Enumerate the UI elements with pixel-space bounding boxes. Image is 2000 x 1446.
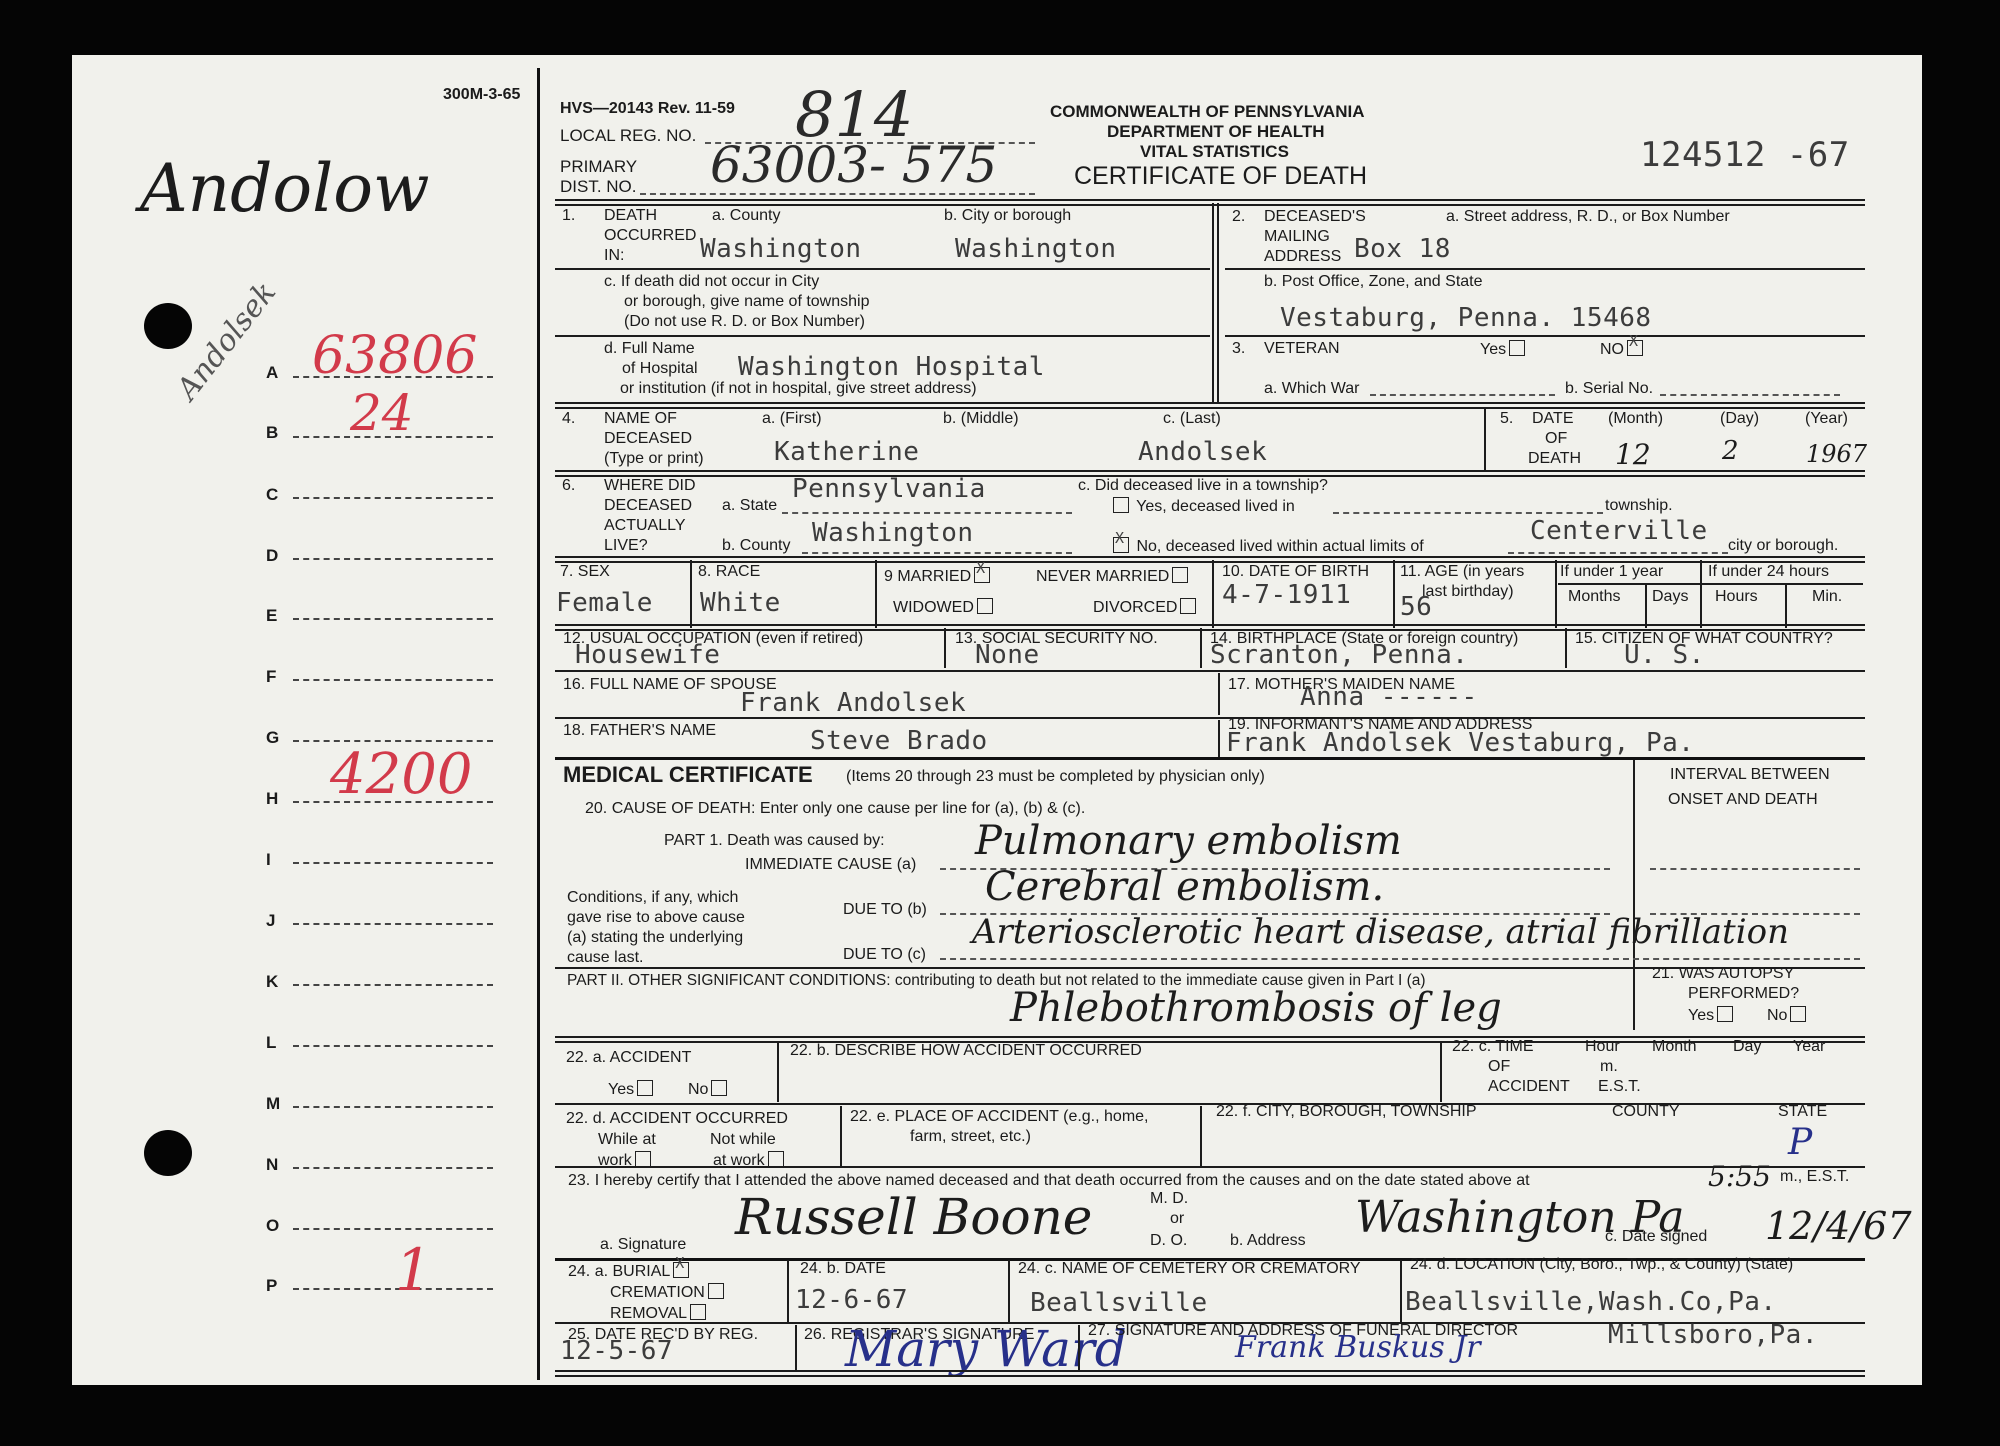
s1-hospital-label: or institution (if not in hospital, give…	[620, 380, 977, 398]
accident-e-label: 22. e. PLACE OF ACCIDENT (e.g., home,	[850, 1108, 1148, 1126]
s1-township-label: c. If death did not occur in City	[604, 273, 819, 291]
accident-c-label: ACCIDENT	[1488, 1078, 1570, 1096]
divider	[1555, 560, 1557, 628]
accident-m-label: m.	[1600, 1058, 1618, 1076]
accident-yes-checkbox[interactable]	[637, 1080, 653, 1096]
code-letter: O	[266, 1216, 279, 1236]
s1-county-label: a. County	[712, 207, 780, 225]
punch-hole-bottom	[144, 1130, 192, 1176]
divider	[875, 560, 877, 628]
accident-month-label: Month	[1652, 1038, 1696, 1056]
veteran-yes-label: Yes	[1480, 341, 1506, 358]
s9-widowed-checkbox[interactable]	[977, 598, 993, 614]
s9-married-label: 9 MARRIED	[884, 568, 971, 585]
s2-po-field[interactable]: Vestaburg, Penna. 15468	[1280, 303, 1652, 333]
certificate-title: CERTIFICATE OF DEATH	[1074, 162, 1367, 191]
s1-city-field[interactable]: Washington	[955, 234, 1117, 264]
divider	[1218, 673, 1220, 715]
veteran-no-label: NO	[1600, 341, 1624, 358]
removal-checkbox[interactable]	[690, 1304, 706, 1320]
divider	[777, 1042, 779, 1102]
burial-location-field[interactable]: Beallsville,Wash.Co,Pa.	[1405, 1287, 1777, 1317]
header-rule	[555, 199, 1865, 206]
rule	[555, 757, 1865, 760]
code-line	[293, 1167, 493, 1169]
accident-est-label: E.S.T.	[1598, 1078, 1641, 1096]
burial-checkbox[interactable]	[673, 1262, 689, 1278]
s9-divorced-label: DIVORCED	[1093, 599, 1177, 616]
s2-num: 2.	[1232, 208, 1245, 226]
bottom-rule	[555, 1370, 1865, 1377]
s2-label: DECEASED'S	[1264, 208, 1366, 226]
s9-widowed-label: WIDOWED	[893, 599, 974, 616]
s1-hospital-label: d. Full Name	[604, 340, 695, 358]
code-value-h: 4200	[330, 742, 473, 807]
accident-not-while-label: Not while	[710, 1131, 776, 1149]
or-label: or	[1170, 1210, 1184, 1228]
s9-never-married-checkbox[interactable]	[1172, 567, 1188, 583]
s4-first-label: a. (First)	[762, 410, 822, 428]
s4-first-field[interactable]: Katherine	[774, 437, 919, 467]
s6-yes-option[interactable]: Yes, deceased lived in	[1110, 497, 1295, 516]
hours-label: Hours	[1715, 588, 1758, 606]
autopsy-label: PERFORMED?	[1688, 985, 1799, 1003]
primary-dist-value: 63003- 575	[710, 136, 997, 194]
burial-date-field[interactable]: 12-6-67	[795, 1285, 908, 1315]
code-value-a: 63806	[312, 326, 477, 386]
code-letter: K	[266, 972, 278, 992]
under-24-label: If under 24 hours	[1708, 563, 1829, 581]
s11-label: 11. AGE (in years	[1400, 563, 1524, 581]
divider	[690, 560, 692, 628]
autopsy-yes-label: Yes	[1688, 1007, 1714, 1024]
s9-widowed[interactable]: WIDOWED	[893, 598, 996, 617]
s5-month-field[interactable]: 12	[1615, 438, 1651, 471]
divider	[787, 1260, 789, 1322]
s1-township-label: (Do not use R. D. or Box Number)	[624, 313, 865, 331]
s12-occupation-field[interactable]: Housewife	[575, 640, 720, 670]
s6-label: DECEASED	[604, 497, 692, 515]
code-line	[293, 1045, 493, 1047]
divider	[944, 628, 946, 668]
date-received-field[interactable]: 12-5-67	[560, 1336, 673, 1366]
s14-birthplace-field[interactable]: Scranton, Penna.	[1210, 640, 1468, 670]
s15-citizen-field[interactable]: U. S.	[1624, 640, 1705, 670]
accident-county-label: COUNTY	[1612, 1103, 1680, 1121]
autopsy-no[interactable]: No	[1767, 1006, 1809, 1025]
s4-last-field[interactable]: Andolsek	[1138, 437, 1267, 467]
accident-b-label: 22. b. DESCRIBE HOW ACCIDENT OCCURRED	[790, 1042, 1142, 1060]
divider	[840, 1106, 842, 1166]
s2-street-field[interactable]: Box 18	[1354, 234, 1451, 264]
cemetery-label: 24. c. NAME OF CEMETERY OR CREMATORY	[1018, 1260, 1361, 1278]
date-signed-field[interactable]: 12/4/67	[1765, 1204, 1912, 1248]
code-line	[293, 923, 493, 925]
s16-spouse-field[interactable]: Frank Andolsek	[740, 688, 966, 718]
divider	[1785, 583, 1787, 628]
due-to-b-label: DUE TO (b)	[843, 901, 927, 919]
s13-ssn-field[interactable]: None	[975, 640, 1040, 670]
removal-label: REMOVAL	[610, 1305, 687, 1322]
divider	[1218, 720, 1220, 760]
burial-option[interactable]: 24. a. BURIAL	[568, 1262, 692, 1281]
part2-field[interactable]: Phlebothrombosis of leg	[1010, 985, 1502, 1031]
s4-label: DECEASED	[604, 430, 692, 448]
accident-yes[interactable]: Yes	[608, 1080, 656, 1099]
code-letter: C	[266, 485, 278, 505]
accident-hour-label: Hour	[1585, 1038, 1620, 1056]
s7-label: 7. SEX	[560, 563, 610, 581]
s6-no-checkbox[interactable]	[1113, 537, 1129, 553]
code-letter: H	[266, 789, 278, 809]
autopsy-no-label: No	[1767, 1007, 1787, 1024]
cemetery-field[interactable]: Beallsville	[1030, 1288, 1208, 1318]
cremation-option[interactable]: CREMATION	[610, 1283, 727, 1302]
s6-no-line	[1508, 552, 1728, 554]
s5-month-label: (Month)	[1608, 410, 1663, 428]
code-letter: N	[266, 1155, 278, 1175]
code-letter: M	[266, 1094, 280, 1114]
due-to-c-field[interactable]: Arteriosclerotic heart disease, atrial f…	[972, 912, 1789, 952]
rule	[555, 556, 1865, 563]
code-line	[293, 1288, 493, 1290]
rule	[555, 1166, 1865, 1168]
s9-never-married[interactable]: NEVER MARRIED	[1036, 567, 1191, 586]
header-department: DEPARTMENT OF HEALTH	[1107, 122, 1325, 142]
rule	[1558, 583, 1863, 585]
cremation-label: CREMATION	[610, 1284, 705, 1301]
s6-num: 6.	[562, 477, 575, 495]
code-letter: B	[266, 423, 278, 443]
address-label: b. Address	[1230, 1232, 1306, 1250]
divider	[795, 1325, 797, 1370]
s11-age-field[interactable]: 56	[1400, 592, 1432, 622]
autopsy-no-checkbox[interactable]	[1790, 1006, 1806, 1022]
s9-never-married-label: NEVER MARRIED	[1036, 568, 1169, 585]
s9-divorced[interactable]: DIVORCED	[1093, 598, 1199, 617]
conditions-label: gave rise to above cause	[567, 909, 745, 927]
divider	[1212, 560, 1214, 628]
s18-label: 18. FATHER'S NAME	[563, 722, 716, 740]
code-letter: A	[266, 363, 278, 383]
rule	[555, 402, 1865, 409]
primary-dist-label: PRIMARY	[560, 157, 637, 177]
s5-year-field[interactable]: 1967	[1806, 440, 1867, 468]
divider	[1393, 560, 1395, 628]
certification-time-field[interactable]: 5:55	[1708, 1160, 1771, 1193]
code-letter: E	[266, 606, 277, 626]
accident-no[interactable]: No	[688, 1080, 730, 1099]
s4-last-label: c. (Last)	[1163, 410, 1221, 428]
veteran-yes-checkbox[interactable]	[1509, 340, 1525, 356]
form-left-border	[537, 68, 540, 1380]
accident-f-label: 22. f. CITY, BOROUGH, TOWNSHIP	[1216, 1103, 1477, 1121]
code-letter: G	[266, 728, 279, 748]
burial-location-label: 24. d. LOCATION (City, Boro., Twp., & Co…	[1410, 1256, 1793, 1274]
s1-label: DEATH	[604, 207, 657, 225]
s5-day-label: (Day)	[1720, 410, 1759, 428]
s4-label: (Type or print)	[604, 450, 704, 468]
accident-year-label: Year	[1793, 1038, 1825, 1056]
code-line	[293, 497, 493, 499]
s6-yes-suffix: township.	[1605, 497, 1673, 515]
s6-no-suffix: city or borough.	[1728, 537, 1838, 555]
rule	[555, 470, 1865, 477]
s2-label: MAILING	[1264, 228, 1330, 246]
funeral-director-address[interactable]: Millsboro,Pa.	[1608, 1320, 1818, 1350]
form-number: HVS—20143 Rev. 11-59	[560, 100, 735, 118]
accident-while-label: While at	[598, 1131, 656, 1149]
under-year-label: If under 1 year	[1560, 563, 1663, 581]
s6-yes-line	[1333, 512, 1603, 514]
s4-middle-label: b. (Middle)	[943, 410, 1019, 428]
veteran-yes[interactable]: Yes	[1480, 340, 1528, 359]
rule	[555, 670, 1865, 672]
s4-num: 4.	[562, 410, 575, 428]
rule	[555, 335, 1210, 337]
s5-year-label: (Year)	[1805, 410, 1848, 428]
code-line	[293, 1228, 493, 1230]
code-letter: D	[266, 546, 278, 566]
local-reg-label: LOCAL REG. NO.	[560, 126, 696, 146]
s6-yes-label: Yes, deceased lived in	[1136, 498, 1295, 515]
s7-sex-field[interactable]: Female	[556, 588, 653, 618]
s1-hospital-label: of Hospital	[622, 360, 698, 378]
not-while-at-work-checkbox[interactable]	[768, 1151, 784, 1167]
rule	[1225, 335, 1865, 337]
s19-informant-field[interactable]: Frank Andolsek Vestaburg, Pa.	[1226, 728, 1694, 758]
s1-county-field[interactable]: Washington	[700, 234, 862, 264]
code-letter: L	[266, 1033, 276, 1053]
date-signed-label: c. Date signed	[1605, 1228, 1707, 1246]
code-line	[293, 558, 493, 560]
rule	[555, 268, 1210, 270]
code-value-p: 1	[395, 1236, 432, 1304]
s6-no-field[interactable]: Centerville	[1530, 516, 1708, 546]
accident-day-label: Day	[1733, 1038, 1761, 1056]
s3-war-label: a. Which War	[1264, 380, 1359, 398]
s2-label: ADDRESS	[1264, 248, 1341, 266]
accident-e-label: farm, street, etc.)	[910, 1128, 1031, 1146]
divider	[1078, 1325, 1080, 1370]
code-line	[293, 618, 493, 620]
divider	[1200, 628, 1202, 668]
divider	[1200, 1106, 1202, 1166]
due-to-b-field[interactable]: Cerebral embolism.	[985, 864, 1384, 910]
interval-label: INTERVAL BETWEEN	[1670, 766, 1830, 784]
s4-s5-divider	[1484, 407, 1486, 470]
divider	[1565, 628, 1567, 668]
s5-label: OF	[1545, 430, 1567, 448]
header-vital: VITAL STATISTICS	[1140, 142, 1289, 162]
accident-c-label: 22. c. TIME	[1452, 1038, 1534, 1056]
s8-label: 8. RACE	[698, 563, 760, 581]
s10-label: 10. DATE OF BIRTH	[1222, 563, 1369, 581]
autopsy-label: 21. WAS AUTOPSY	[1652, 965, 1794, 983]
s9-divorced-checkbox[interactable]	[1180, 598, 1196, 614]
code-value-b: 24	[350, 384, 414, 442]
conditions-label: Conditions, if any, which	[567, 889, 738, 907]
s6-label: ACTUALLY	[604, 517, 686, 535]
divider	[1700, 560, 1702, 628]
months-label: Months	[1568, 588, 1620, 606]
removal-option[interactable]: REMOVAL	[610, 1304, 709, 1323]
divider	[1400, 1260, 1402, 1322]
accident-a-label: 22. a. ACCIDENT	[566, 1049, 691, 1067]
medical-subtitle: (Items 20 through 23 must be completed b…	[846, 768, 1265, 786]
s5-label: DEATH	[1528, 450, 1581, 468]
divider	[1645, 583, 1647, 628]
s2-po-label: b. Post Office, Zone, and State	[1264, 273, 1483, 291]
code-letter: I	[266, 850, 271, 870]
while-at-work-checkbox[interactable]	[635, 1151, 651, 1167]
part1-label: PART 1. Death was caused by:	[664, 832, 885, 850]
s1-label: OCCURRED	[604, 227, 696, 245]
md-label: M. D.	[1150, 1190, 1188, 1208]
autopsy-yes-checkbox[interactable]	[1717, 1006, 1733, 1022]
interval-label: ONSET AND DEATH	[1668, 791, 1818, 809]
immediate-cause-field[interactable]: Pulmonary embolism	[975, 818, 1402, 864]
s17-mother-field[interactable]: Anna ------	[1300, 682, 1478, 712]
s6-no-option[interactable]: No, deceased lived within actual limits …	[1110, 537, 1424, 556]
medical-title: MEDICAL CERTIFICATE	[563, 762, 813, 787]
s6-state-line	[782, 512, 1072, 514]
veteran-no-checkbox[interactable]	[1627, 340, 1643, 356]
accident-state-field[interactable]: P	[1788, 1122, 1812, 1163]
interval-a-line	[1650, 868, 1860, 870]
print-code: 300M-3-65	[443, 86, 520, 104]
autopsy-divider	[1633, 967, 1635, 1030]
s10-birth-date-field[interactable]: 4-7-1911	[1222, 580, 1351, 610]
code-line	[293, 862, 493, 864]
code-line	[293, 679, 493, 681]
s18-father-field[interactable]: Steve Brado	[810, 726, 988, 756]
code-letter: P	[266, 1276, 277, 1296]
s5-label: DATE	[1532, 410, 1573, 428]
code-line	[293, 1106, 493, 1108]
code-line	[293, 984, 493, 986]
s4-label: NAME OF	[604, 410, 677, 428]
rule	[1225, 268, 1865, 270]
accident-yes-label: Yes	[608, 1081, 634, 1098]
s3-serial-line	[1660, 394, 1840, 396]
code-letter: J	[266, 911, 275, 931]
certification-time-suffix: m., E.S.T.	[1780, 1168, 1849, 1186]
s6-county-field[interactable]: Washington	[812, 518, 974, 548]
s6-state-field[interactable]: Pennsylvania	[792, 474, 986, 504]
min-label: Min.	[1812, 588, 1842, 606]
cremation-checkbox[interactable]	[708, 1283, 724, 1299]
divider	[1440, 1042, 1442, 1102]
burial-date-label: 24. b. DATE	[800, 1260, 886, 1278]
do-label: D. O.	[1150, 1232, 1187, 1250]
punch-hole-top	[144, 303, 192, 349]
s1-s2-divider	[1212, 203, 1219, 403]
s6-label: WHERE DID	[604, 477, 696, 495]
physician-signature-field[interactable]: Russell Boone	[735, 1188, 1092, 1246]
funeral-director-signature[interactable]: Frank Buskus Jr	[1235, 1330, 1481, 1365]
accident-no-checkbox[interactable]	[711, 1080, 727, 1096]
s3-num: 3.	[1232, 340, 1245, 358]
s6-township-question: c. Did deceased live in a township?	[1078, 477, 1328, 495]
s1-num: 1.	[562, 207, 575, 225]
s6-state-label: a. State	[722, 497, 777, 515]
s8-race-field[interactable]: White	[700, 588, 781, 618]
accident-c-label: OF	[1488, 1058, 1510, 1076]
s2-street-label: a. Street address, R. D., or Box Number	[1446, 208, 1730, 226]
s1-city-label: b. City or borough	[944, 207, 1071, 225]
burial-label: 24. a. BURIAL	[568, 1263, 670, 1280]
immediate-cause-label: IMMEDIATE CAUSE (a)	[745, 856, 916, 874]
s5-num: 5.	[1500, 410, 1513, 428]
s1-label: IN:	[604, 247, 624, 265]
s3-serial-label: b. Serial No.	[1565, 380, 1653, 398]
primary-dist-label-2: DIST. NO.	[560, 177, 637, 197]
autopsy-yes[interactable]: Yes	[1688, 1006, 1736, 1025]
s3-label: VETERAN	[1264, 340, 1340, 358]
s6-yes-checkbox[interactable]	[1113, 497, 1129, 513]
accident-no-label: No	[688, 1081, 708, 1098]
s9-married[interactable]: 9 MARRIED	[884, 567, 993, 586]
s6-county-label: b. County	[722, 537, 790, 555]
conditions-label: cause last.	[567, 949, 643, 967]
accident-state-label: STATE	[1778, 1103, 1827, 1121]
s5-day-field[interactable]: 2	[1722, 436, 1739, 466]
divider	[1008, 1260, 1010, 1322]
accident-d-label: 22. d. ACCIDENT OCCURRED	[566, 1110, 788, 1128]
code-letter: F	[266, 667, 276, 687]
state-file-number: 124512 -67	[1640, 135, 1850, 175]
s9-married-checkbox[interactable]	[974, 567, 990, 583]
margin-surname-ink: Andolow	[140, 150, 430, 227]
s3-war-line	[1370, 394, 1555, 396]
s1-hospital-field[interactable]: Washington Hospital	[738, 352, 1045, 382]
conditions-label: (a) stating the underlying	[567, 929, 743, 947]
s1-township-label: or borough, give name of township	[624, 293, 869, 311]
s6-label: LIVE?	[604, 537, 648, 555]
header-commonwealth: COMMONWEALTH OF PENNSYLVANIA	[1050, 102, 1364, 122]
veteran-no[interactable]: NO	[1600, 340, 1646, 359]
days-label: Days	[1652, 588, 1688, 606]
cause-of-death-label: 20. CAUSE OF DEATH: Enter only one cause…	[585, 800, 1085, 818]
s11-label: last birthday)	[1422, 583, 1514, 601]
s6-no-label: No, deceased lived within actual limits …	[1136, 538, 1423, 555]
due-to-c-label: DUE TO (c)	[843, 946, 926, 964]
rule	[555, 717, 1865, 719]
due-c-line	[940, 958, 1860, 960]
s6-county-line	[802, 552, 1072, 554]
signature-label: a. Signature	[600, 1236, 686, 1254]
